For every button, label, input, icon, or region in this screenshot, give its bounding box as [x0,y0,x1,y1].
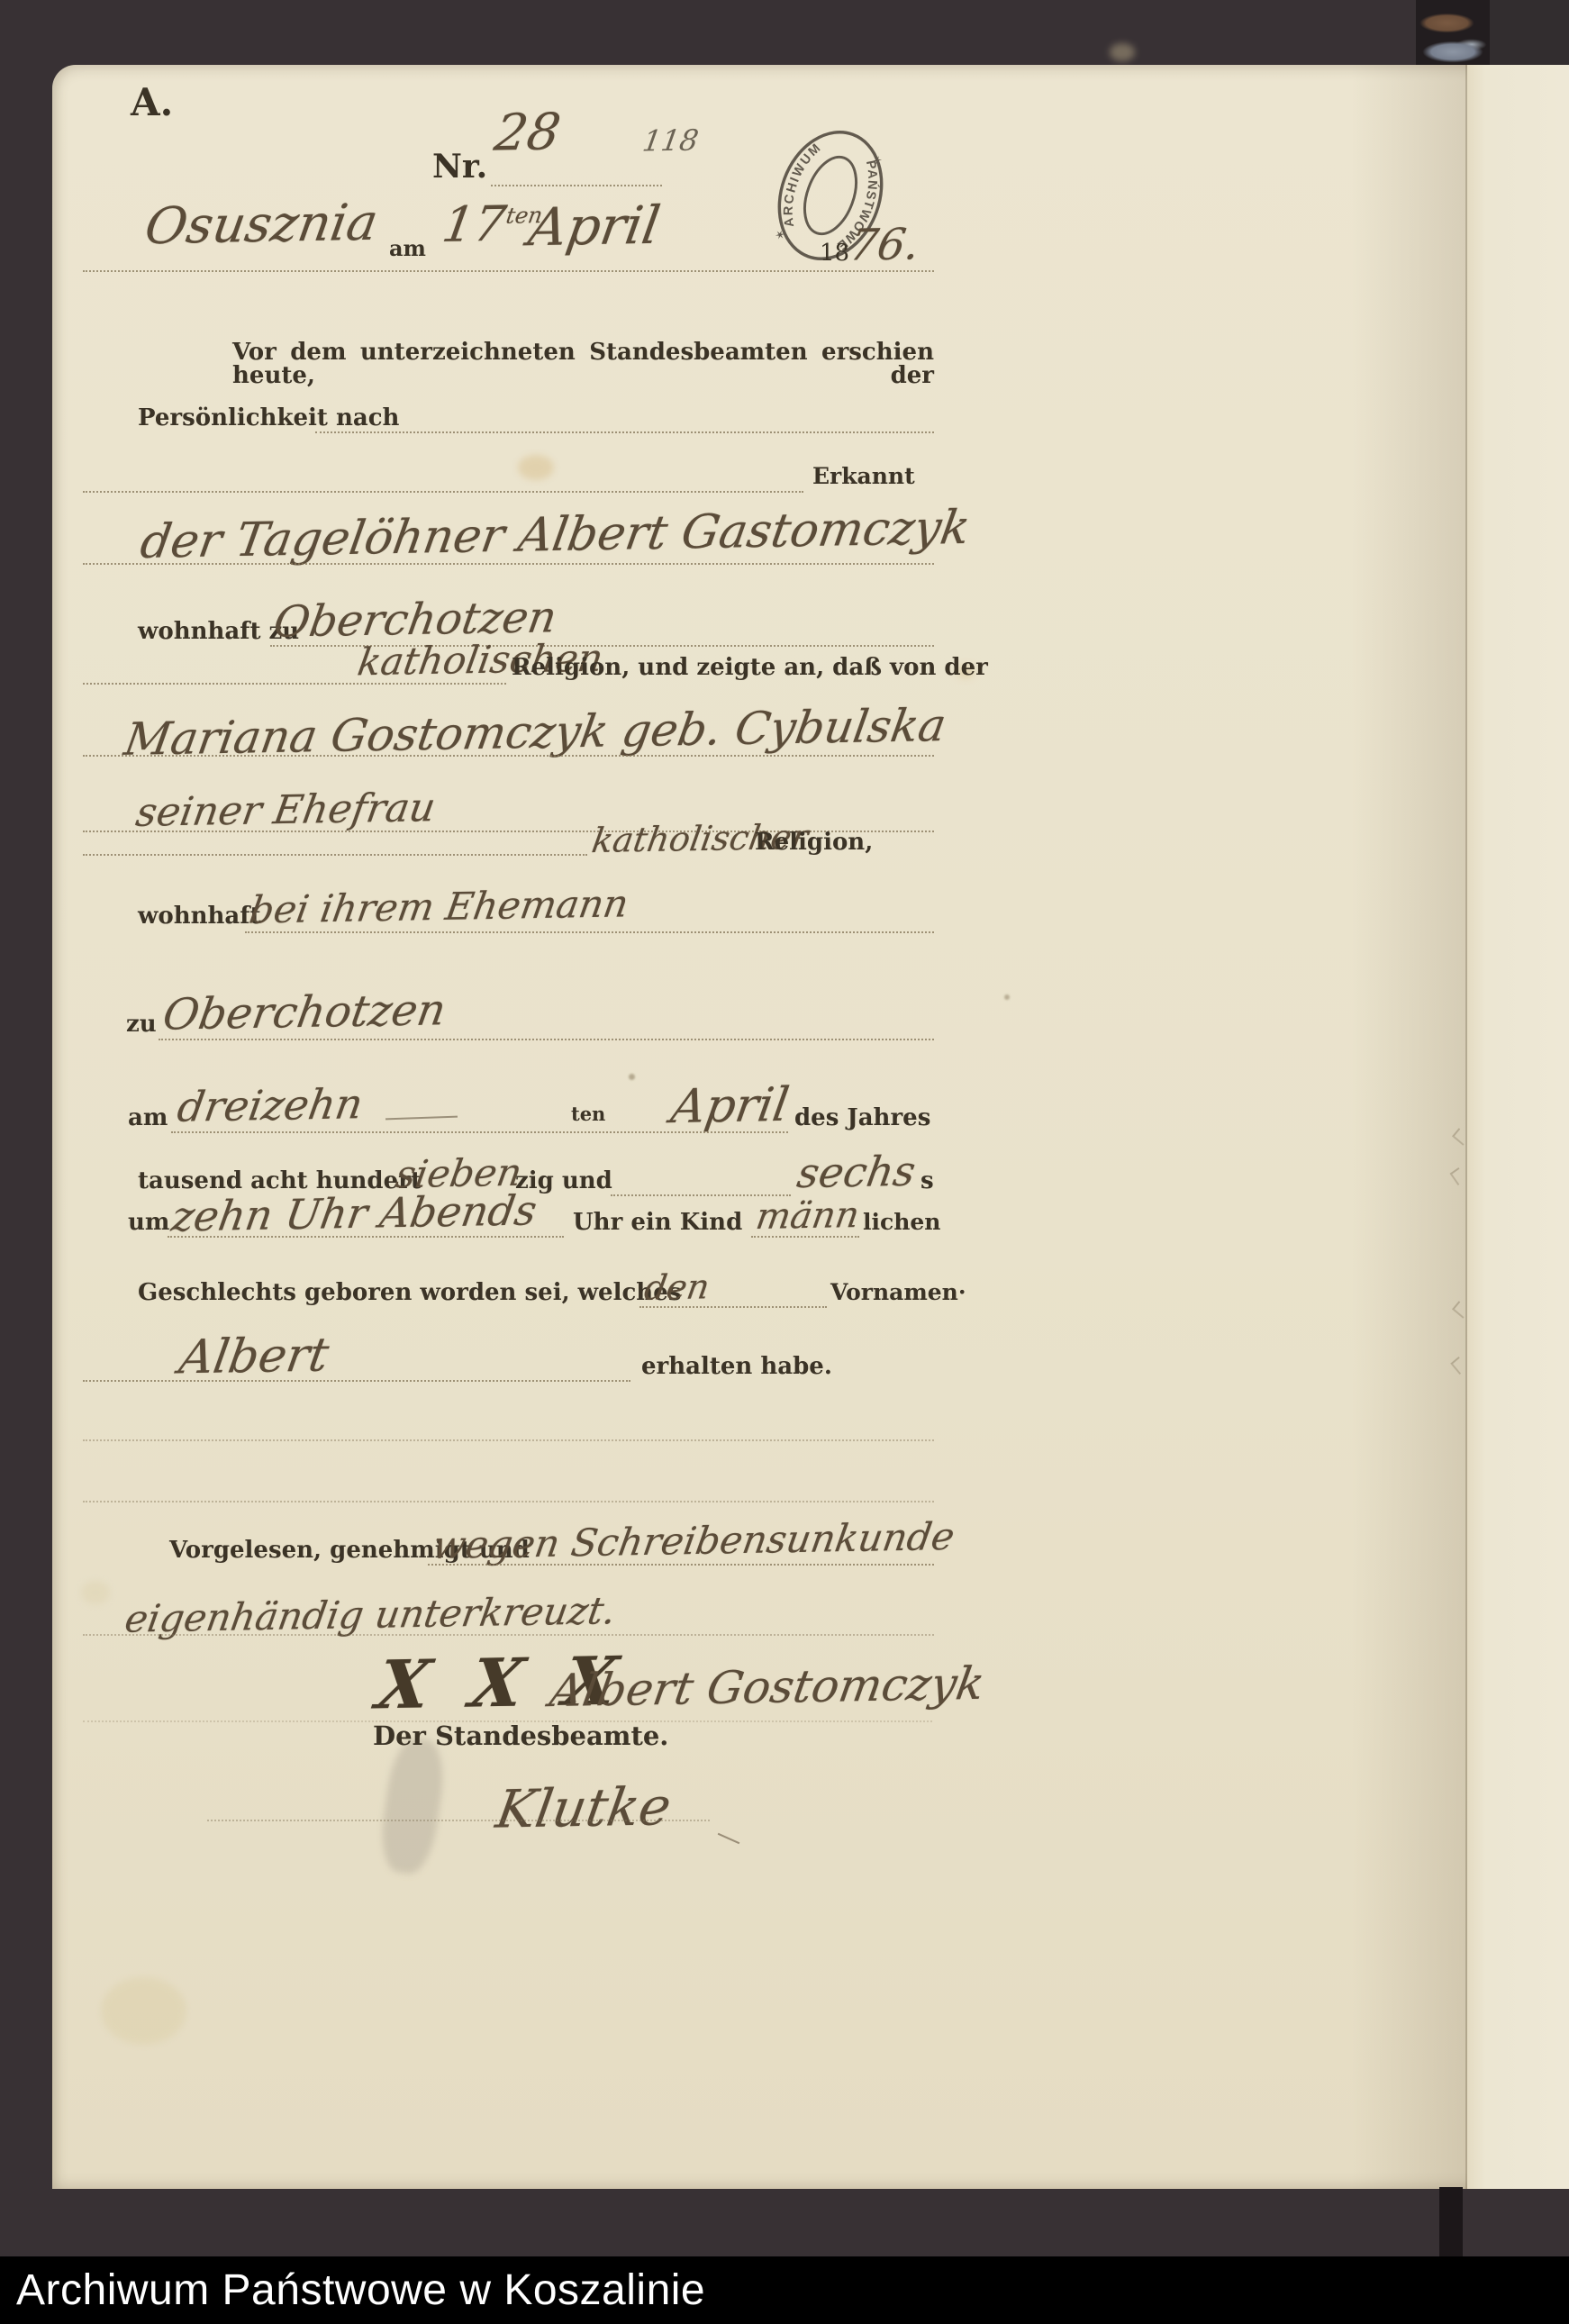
dotted-line [83,683,506,685]
closing-handwritten-1: wegen Schreibensunkunde [431,1518,957,1565]
geschlechts-label: Geschlechts geboren worden sei, welches [138,1281,681,1304]
paper-stain [101,1977,186,2045]
dotted-line [171,1131,788,1133]
dotted-line [83,755,934,757]
registrar-signature: Klutke [493,1780,675,1835]
s-suffix-label: s [921,1169,934,1193]
binding-threads [1416,0,1490,72]
dotted-line [428,1564,934,1566]
lichen-label: lichen [863,1211,940,1233]
dotted-line [83,1380,630,1382]
vornamen-label: Vornamen· [830,1281,966,1303]
uhr-ein-kind-label: Uhr ein Kind [573,1211,742,1234]
dotted-line [751,1236,859,1238]
zu-label: zu [126,1012,157,1036]
archive-page-number: 118 [640,125,700,155]
page-gap-shadow [1439,2187,1463,2256]
cross-signature-handwritten: Albert Gostomczyk [547,1661,987,1713]
stamp-star-icon: ✶ [773,227,787,244]
registrar-label: Der Standesbeamte. [373,1723,668,1749]
speck [629,1074,635,1080]
wohnhaft-label: wohnhaft [138,904,260,928]
year-handwritten: 76. [847,222,922,267]
archive-scan-page: { "background": { "frame_color": "#38313… [0,0,1569,2324]
year-unit-handwritten: sechs [794,1150,919,1194]
des-jahres-label: des Jahres [794,1106,930,1130]
birth-time-handwritten: zehn Uhr Abends [169,1189,540,1237]
dotted-line [315,431,934,433]
book-cover-edge [1490,0,1569,72]
mother-residence-handwritten: bei ihrem Ehemann [247,885,631,929]
birth-month-handwritten: April [668,1082,793,1130]
birth-place-handwritten: Oberchotzen [160,988,449,1036]
um-label: um [128,1211,169,1234]
erkannt-label: Erkannt [812,465,915,487]
mother-handwritten: Mariana Gostomczyk geb. Cybulska [122,703,949,762]
dotted-line [83,563,934,565]
paper-stain [1110,43,1135,61]
am-label2: am [128,1106,168,1130]
closing-handwritten-2: eigenhändig unterkreuzt. [122,1592,619,1638]
dotted-line [83,491,803,493]
birth-day-handwritten: dreizehn [175,1083,366,1128]
archive-caption-bar: Archiwum Państwowe w Koszalinie [0,2256,1569,2324]
fold-shadow [1351,65,1465,2189]
year-printed: 18 [820,241,849,265]
form-corner-letter: A. [131,84,173,122]
archive-caption-text: Archiwum Państwowe w Koszalinie [16,2256,705,2324]
ten-label: ten [571,1104,605,1123]
mother-relation-handwritten: seiner Ehefrau [133,788,438,833]
dotted-line [207,1820,710,1821]
gender-handwritten: männ [754,1197,862,1235]
first-name-handwritten: Albert [177,1332,332,1382]
dotted-line [83,270,934,272]
dotted-line [245,931,934,933]
dotted-line [83,1439,934,1441]
paper-stain [518,455,554,480]
intro-line1: Vor dem unterzeichneten Standesbeamten e… [232,340,934,387]
intro-line2: Persönlichkeit nach [138,406,399,430]
place-handwritten: Osusznia [141,198,381,252]
paper-stain [81,1581,110,1604]
dotted-line [159,1039,934,1040]
dotted-line [83,1634,934,1636]
dotted-line [83,854,587,856]
dotted-line [83,1501,934,1502]
religion2-printed: Religion, [755,831,873,854]
dotted-line [491,185,662,186]
erhalten-habe-label: erhalten habe. [641,1355,832,1378]
am-label: am [389,238,426,259]
den-handwritten: den [642,1269,712,1304]
record-number-handwritten: 28 [491,107,563,159]
dotted-line [168,1236,564,1238]
religion1-printed: Religion, und zeigte an, daß von der [512,656,988,679]
month-handwritten: April [525,199,663,254]
speck [1004,994,1010,1000]
declarant-handwritten: der Tagelöhner Albert Gastomczyk [138,504,974,566]
binding-crease [1465,65,1467,2189]
adjacent-page-edge [1467,65,1569,2189]
nr-label: Nr. [432,150,487,183]
dotted-line [639,1306,827,1308]
